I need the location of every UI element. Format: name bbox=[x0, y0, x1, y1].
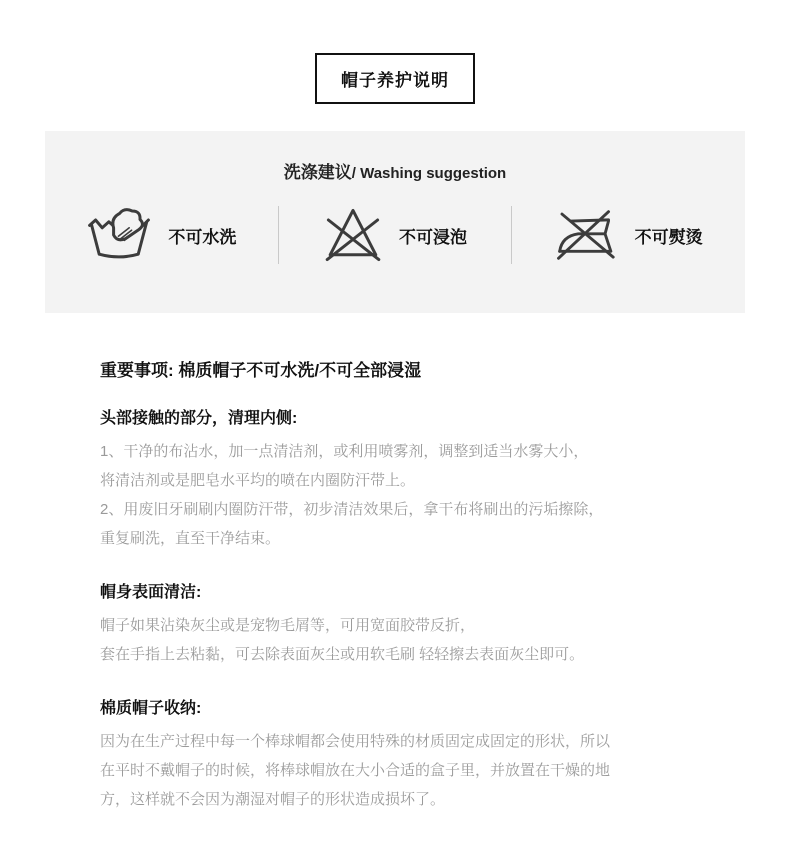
section-heading-inner: 头部接触的部分，清理内侧: bbox=[100, 405, 700, 428]
section-surface-cleaning: 帽身表面清洁: 帽子如果沾染灰尘或是宠物毛屑等，可用宽面胶带反折， 套在手指上去… bbox=[100, 579, 700, 669]
body-line: 1、干净的布沾水，加一点清洁剂，或利用喷雾剂，调整到适当水雾大小， bbox=[100, 437, 700, 466]
care-text-content: 重要事项: 棉质帽子不可水洗/不可全部浸湿 头部接触的部分，清理内侧: 1、干净… bbox=[100, 356, 700, 840]
body-line: 方，这样就不会因为潮湿对帽子的形状造成损坏了。 bbox=[100, 785, 700, 814]
body-line: 套在手指上去粘黏，可去除表面灰尘或用软毛刷 轻轻擦去表面灰尘即可。 bbox=[100, 640, 700, 669]
washing-panel-heading: 洗涤建议/ Washing suggestion bbox=[45, 131, 745, 183]
section-storage: 棉质帽子收纳: 因为在生产过程中每一个棒球帽都会使用特殊的材质固定成固定的形状，… bbox=[100, 695, 700, 814]
no-soak-icon bbox=[323, 205, 383, 265]
body-line: 在平时不戴帽子的时候，将棒球帽放在大小合适的盒子里，并放置在干燥的地 bbox=[100, 756, 700, 785]
washing-symbols-row: 不可水洗 不可浸泡 bbox=[45, 205, 745, 265]
washing-heading-en: / Washing suggestion bbox=[352, 165, 506, 182]
body-line: 将清洁剂或是肥皂水平均的喷在内圈防汗带上。 bbox=[100, 466, 700, 495]
body-line: 重复刷洗，直至干净结束。 bbox=[100, 524, 700, 553]
body-line: 帽子如果沾染灰尘或是宠物毛屑等，可用宽面胶带反折， bbox=[100, 611, 700, 640]
symbol-label-no-iron: 不可熨烫 bbox=[635, 223, 703, 248]
page-title: 帽子养护说明 bbox=[315, 53, 475, 104]
body-line: 因为在生产过程中每一个棒球帽都会使用特殊的材质固定成固定的形状，所以 bbox=[100, 727, 700, 756]
washing-suggestion-panel: 洗涤建议/ Washing suggestion bbox=[45, 131, 745, 313]
section-heading-surface: 帽身表面清洁: bbox=[100, 579, 700, 602]
section-heading-storage: 棉质帽子收纳: bbox=[100, 695, 700, 718]
washing-heading-zh: 洗涤建议 bbox=[284, 163, 352, 182]
no-hand-wash-icon bbox=[86, 205, 152, 265]
symbol-label-no-hand-wash: 不可水洗 bbox=[168, 223, 236, 248]
symbol-no-soak: 不可浸泡 bbox=[279, 205, 512, 265]
symbol-no-hand-wash: 不可水洗 bbox=[45, 205, 278, 265]
symbol-no-iron: 不可熨烫 bbox=[512, 206, 745, 264]
hat-care-instructions-page: 帽子养护说明 洗涤建议/ Washing suggestion bbox=[0, 0, 790, 867]
page-title-text: 帽子养护说明 bbox=[341, 71, 449, 90]
important-note: 重要事项: 棉质帽子不可水洗/不可全部浸湿 bbox=[100, 356, 700, 381]
symbol-label-no-soak: 不可浸泡 bbox=[399, 223, 467, 248]
body-line: 2、用废旧牙刷刷内圈防汗带，初步清洁效果后，拿干布将刷出的污垢擦除， bbox=[100, 495, 700, 524]
no-iron-icon bbox=[555, 206, 619, 264]
section-inner-cleaning: 头部接触的部分，清理内侧: 1、干净的布沾水，加一点清洁剂，或利用喷雾剂，调整到… bbox=[100, 405, 700, 553]
